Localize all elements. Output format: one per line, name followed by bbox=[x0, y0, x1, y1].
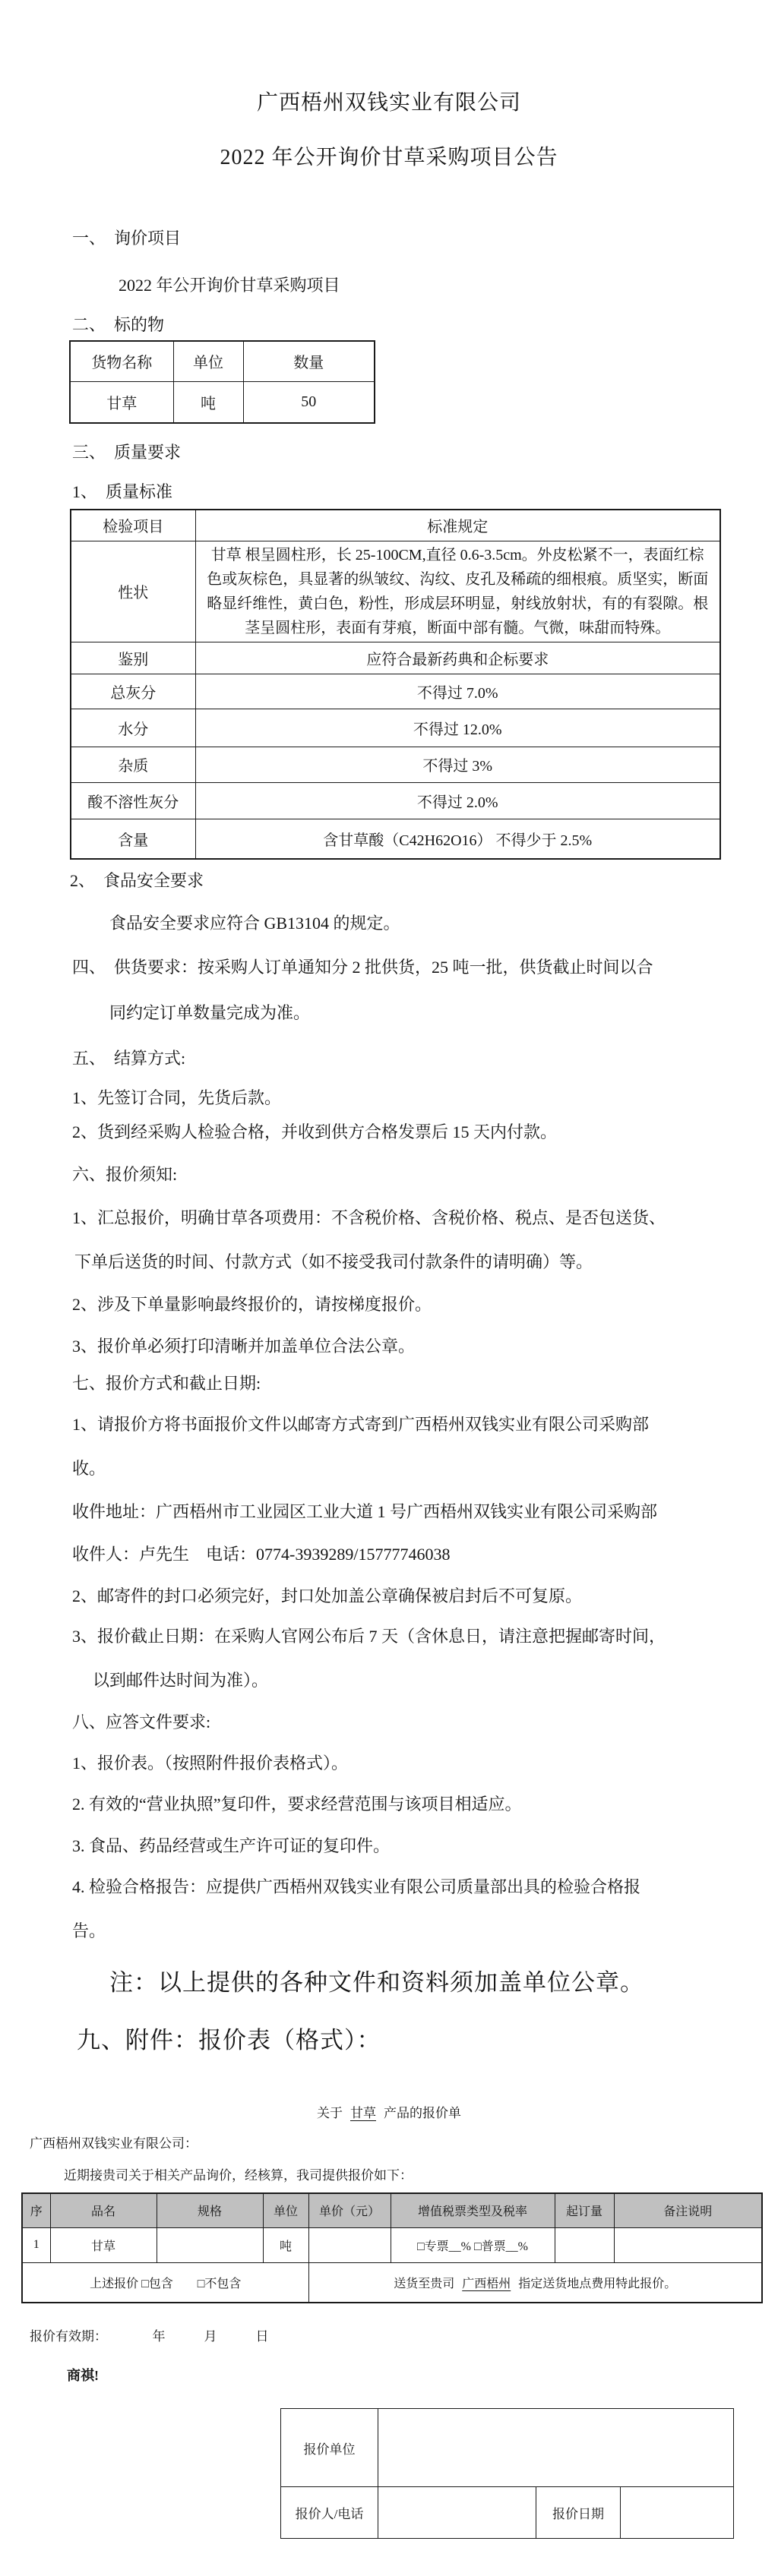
qtab-header-spec: 规格 bbox=[157, 2193, 263, 2227]
qtab-name: 甘草 bbox=[50, 2227, 157, 2262]
quote-notice-1-line-2: 下单后送货的时间、付款方式（如不接受我司付款条件的请明确）等。 bbox=[74, 1252, 593, 1273]
quality-label-impurity: 杂质 bbox=[71, 747, 195, 782]
settlement-item-2: 2、货到经采购人检验合格，并收到供方合格发票后 15 天内付款。 bbox=[72, 1122, 557, 1143]
qtab-header-unit: 单位 bbox=[263, 2193, 308, 2227]
response-doc-4-line-2: 告。 bbox=[72, 1921, 106, 1942]
qtab-unit: 吨 bbox=[263, 2227, 308, 2262]
qtab-freight-place-blank: 广西梧州 bbox=[454, 2278, 518, 2290]
quality-value-identification: 应符合最新药典和企标要求 bbox=[195, 642, 720, 674]
table-row: 含量 含甘草酸（C42H62O16） 不得少于 2.5% bbox=[71, 819, 720, 859]
quality-value-content: 含甘草酸（C42H62O16） 不得少于 2.5% bbox=[195, 819, 720, 859]
section-9-heading: 九、附件：报价表（格式）： bbox=[77, 2026, 381, 2056]
quality-label-total-ash: 总灰分 bbox=[71, 674, 195, 709]
mail-contact: 收件人：卢先生 电话：0774-3939289/15777746038 bbox=[72, 1544, 450, 1565]
response-doc-3: 3. 食品、药品经营或生产许可证的复印件。 bbox=[72, 1836, 390, 1857]
response-doc-2: 2. 有效的“营业执照”复印件，要求经营范围与该项目相适应。 bbox=[72, 1794, 522, 1815]
table-row: 总灰分 不得过 7.0% bbox=[71, 674, 720, 709]
settlement-item-1: 1、先签订合同，先货后款。 bbox=[72, 1088, 281, 1109]
table-row: 鉴别 应符合最新药典和企标要求 bbox=[71, 642, 720, 674]
qtab-freight-include-checkboxes: 上述报价 □包含 □不包含 bbox=[22, 2262, 308, 2303]
qtab-header-moq: 起订量 bbox=[555, 2193, 614, 2227]
table-row: 1 甘草 吨 □专票__% □普票__% bbox=[22, 2227, 762, 2262]
quality-value-acid-insoluble-ash: 不得过 2.0% bbox=[195, 782, 720, 819]
qtab-tax-checkboxes: □专票__% □普票__% bbox=[391, 2227, 555, 2262]
quality-label-moisture: 水分 bbox=[71, 709, 195, 747]
qtab-header-no: 序 bbox=[22, 2193, 50, 2227]
section-6-heading: 六、报价须知: bbox=[72, 1164, 177, 1185]
qtab-header-remark: 备注说明 bbox=[614, 2193, 762, 2227]
sign-unit-label: 报价单位 bbox=[281, 2409, 378, 2487]
goods-unit: 吨 bbox=[173, 381, 243, 423]
table-row: 酸不溶性灰分 不得过 2.0% bbox=[71, 782, 720, 819]
doc-title-line-2: 2022 年公开询价甘草采购项目公告 bbox=[0, 144, 778, 171]
goods-qty: 50 bbox=[243, 381, 375, 423]
quality-value-moisture: 不得过 12.0% bbox=[195, 709, 720, 747]
regards-line: 商祺! bbox=[67, 2367, 99, 2385]
quote-form-product-blank: 甘草 bbox=[343, 2106, 384, 2120]
deadline-line-1: 3、报价截止日期：在采购人官网公布后 7 天（含休息日，请注意把握邮寄时间， bbox=[72, 1626, 666, 1647]
table-row: 甘草 吨 50 bbox=[70, 381, 375, 423]
goods-header-unit: 单位 bbox=[173, 341, 243, 381]
table-row: 上述报价 □包含 □不包含 送货至贵司广西梧州指定送货地点费用特此报价。 bbox=[22, 2262, 762, 2303]
qtab-moq-blank bbox=[555, 2227, 614, 2262]
food-safety-body: 食品安全要求应符合 GB13104 的规定。 bbox=[109, 913, 400, 934]
section-2-heading: 二、 标的物 bbox=[72, 314, 164, 336]
qtab-freight-note: 送货至贵司广西梧州指定送货地点费用特此报价。 bbox=[308, 2262, 762, 2303]
quote-form-title-prefix: 关于 bbox=[317, 2106, 343, 2120]
quality-label-appearance: 性状 bbox=[71, 541, 195, 642]
sign-date-blank bbox=[621, 2487, 734, 2539]
quote-notice-1-line-1: 1、汇总报价，明确甘草各项费用：不含税价格、含税价格、税点、是否包送货、 bbox=[72, 1207, 666, 1229]
qtab-header-price: 单价（元） bbox=[308, 2193, 391, 2227]
quote-validity-line: 报价有效期： 年 月 日 bbox=[30, 2328, 269, 2344]
stamp-note: 注：以上提供的各种文件和资料须加盖单位公章。 bbox=[109, 1968, 644, 1998]
mail-address: 收件地址：广西梧州市工业园区工业大道 1 号广西梧州双钱实业有限公司采购部 bbox=[72, 1501, 657, 1523]
qtab-header-name: 品名 bbox=[50, 2193, 157, 2227]
sign-person-blank bbox=[378, 2487, 536, 2539]
quality-value-impurity: 不得过 3% bbox=[195, 747, 720, 782]
food-safety-subheading: 2、 食品安全要求 bbox=[70, 870, 204, 892]
mail-item-2: 2、邮寄件的封口必须完好，封口处加盖公章确保被启封后不可复原。 bbox=[72, 1586, 582, 1607]
qtab-no: 1 bbox=[22, 2227, 50, 2262]
mail-item-1-line-1: 1、请报价方将书面报价文件以邮寄方式寄到广西梧州双钱实业有限公司采购部 bbox=[72, 1414, 649, 1435]
qtab-freight-suffix: 指定送货地点费用特此报价。 bbox=[518, 2278, 676, 2290]
quotation-table: 序 品名 规格 单位 单价（元） 增值税票类型及税率 起订量 备注说明 1 甘草… bbox=[21, 2192, 763, 2303]
goods-header-qty: 数量 bbox=[243, 341, 375, 381]
quote-notice-3: 3、报价单必须打印清晰并加盖单位合法公章。 bbox=[72, 1336, 415, 1357]
quality-standards-table: 检验项目 标准规定 性状 甘草 根呈圆柱形，长 25-100CM,直径 0.6-… bbox=[70, 509, 721, 860]
quality-value-appearance: 甘草 根呈圆柱形，长 25-100CM,直径 0.6-3.5cm。外皮松紧不一，… bbox=[195, 541, 720, 642]
sign-unit-blank bbox=[378, 2409, 734, 2487]
section-4-line-1: 四、 供货要求：按采购人订单通知分 2 批供货，25 吨一批，供货截止时间以合 bbox=[72, 957, 653, 978]
table-row: 水分 不得过 12.0% bbox=[71, 709, 720, 747]
section-1-heading: 一、 询价项目 bbox=[72, 228, 181, 249]
response-doc-4-line-1: 4. 检验合格报告：应提供广西梧州双钱实业有限公司质量部出具的检验合格报 bbox=[72, 1877, 640, 1898]
doc-title-line-1: 广西梧州双钱实业有限公司 bbox=[0, 90, 778, 116]
sign-date-label: 报价日期 bbox=[536, 2487, 621, 2539]
goods-table: 货物名称 单位 数量 甘草 吨 50 bbox=[69, 340, 375, 424]
quality-label-identification: 鉴别 bbox=[71, 642, 195, 674]
qtab-spec-blank bbox=[157, 2227, 263, 2262]
section-1-body: 2022 年公开询价甘草采购项目 bbox=[119, 275, 340, 296]
qtab-header-tax: 增值税票类型及税率 bbox=[391, 2193, 555, 2227]
quote-form-intro: 近期接贵司关于相关产品询价，经核算，我司提供报价如下： bbox=[64, 2167, 413, 2183]
signature-table: 报价单位 报价人/电话 报价日期 bbox=[280, 2408, 734, 2539]
mail-item-1-line-2: 收。 bbox=[72, 1458, 106, 1479]
table-row: 性状 甘草 根呈圆柱形，长 25-100CM,直径 0.6-3.5cm。外皮松紧… bbox=[71, 541, 720, 642]
sign-person-label: 报价人/电话 bbox=[281, 2487, 378, 2539]
quote-form-title-suffix: 产品的报价单 bbox=[384, 2106, 461, 2120]
quality-header-item: 检验项目 bbox=[71, 510, 195, 541]
qtab-price-blank bbox=[308, 2227, 391, 2262]
quote-form-title: 关于甘草产品的报价单 bbox=[0, 2105, 778, 2121]
quality-header-spec: 标准规定 bbox=[195, 510, 720, 541]
goods-name: 甘草 bbox=[70, 381, 173, 423]
deadline-line-2: 以到邮件达时间为准）。 bbox=[93, 1670, 268, 1691]
quote-form-addressee: 广西梧州双钱实业有限公司： bbox=[30, 2136, 198, 2151]
response-doc-1: 1、报价表。（按照附件报价表格式）。 bbox=[72, 1753, 348, 1774]
quality-label-acid-insoluble-ash: 酸不溶性灰分 bbox=[71, 782, 195, 819]
section-4-line-2: 同约定订单数量完成为准。 bbox=[109, 1002, 310, 1024]
qtab-freight-prefix: 送货至贵司 bbox=[394, 2278, 454, 2290]
section-3-heading: 三、 质量要求 bbox=[72, 442, 181, 463]
quote-notice-2: 2、涉及下单量影响最终报价的，请按梯度报价。 bbox=[72, 1294, 432, 1315]
table-row: 杂质 不得过 3% bbox=[71, 747, 720, 782]
section-5-heading: 五、 结算方式: bbox=[72, 1048, 185, 1069]
quality-standard-subheading: 1、 质量标准 bbox=[72, 481, 172, 503]
section-7-heading: 七、报价方式和截止日期: bbox=[72, 1373, 261, 1394]
section-8-heading: 八、应答文件要求: bbox=[72, 1712, 210, 1733]
quality-label-content: 含量 bbox=[71, 819, 195, 859]
quality-value-total-ash: 不得过 7.0% bbox=[195, 674, 720, 709]
goods-header-name: 货物名称 bbox=[70, 341, 173, 381]
qtab-remark-blank bbox=[614, 2227, 762, 2262]
